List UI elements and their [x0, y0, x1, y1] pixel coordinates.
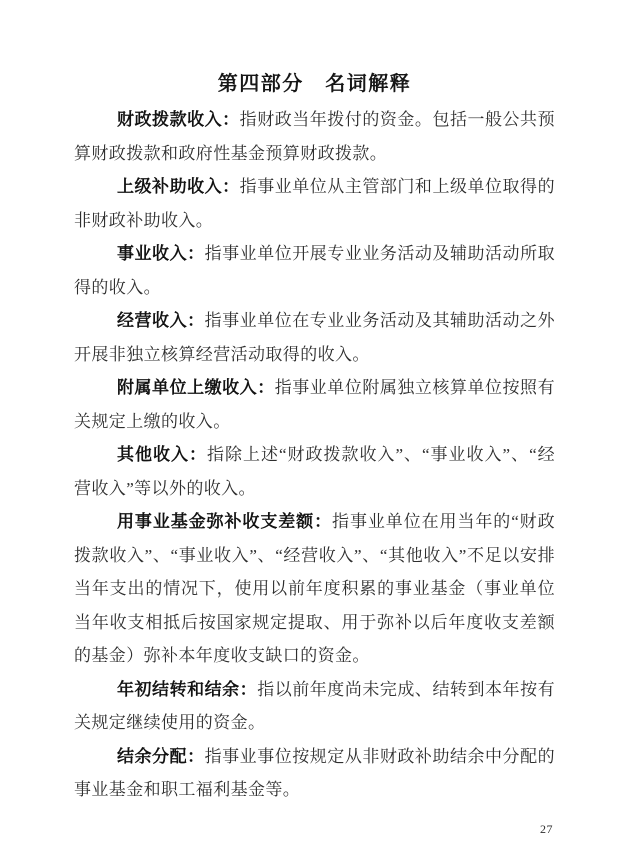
- term-definition: 指事业单位在用当年的“财政拨款收入”、“事业收入”、“经营收入”、“其他收入”不…: [74, 512, 555, 665]
- term-label: 附属单位上缴收入：: [117, 378, 275, 397]
- page-number: 27: [540, 822, 553, 837]
- definition-paragraph: 结余分配：指事业事位按规定从非财政补助结余中分配的事业基金和职工福利基金等。: [74, 740, 555, 807]
- term-label: 用事业基金弥补收支差额：: [117, 512, 332, 531]
- definition-paragraph: 用事业基金弥补收支差额：指事业单位在用当年的“财政拨款收入”、“事业收入”、“经…: [74, 505, 555, 673]
- term-label: 财政拨款收入：: [117, 110, 240, 129]
- term-label: 事业收入：: [117, 244, 205, 263]
- definition-paragraph: 年初结转和结余：指以前年度尚未完成、结转到本年按有关规定继续使用的资金。: [74, 673, 555, 740]
- document-page: 第四部分 名词解释 财政拨款收入：指财政当年拨付的资金。包括一般公共预算财政拨款…: [0, 0, 629, 859]
- definition-paragraph: 其他收入：指除上述“财政拨款收入”、“事业收入”、“经营收入”等以外的收入。: [74, 438, 555, 505]
- term-label: 经营收入：: [117, 311, 205, 330]
- term-label: 年初结转和结余：: [117, 680, 257, 699]
- definition-paragraph: 经营收入：指事业单位在专业业务活动及其辅助活动之外开展非独立核算经营活动取得的收…: [74, 304, 555, 371]
- definition-paragraph: 财政拨款收入：指财政当年拨付的资金。包括一般公共预算财政拨款和政府性基金预算财政…: [74, 103, 555, 170]
- document-body: 财政拨款收入：指财政当年拨付的资金。包括一般公共预算财政拨款和政府性基金预算财政…: [74, 103, 555, 807]
- term-label: 上级补助收入：: [117, 177, 240, 196]
- page-title: 第四部分 名词解释: [0, 70, 629, 98]
- definition-paragraph: 上级补助收入：指事业单位从主管部门和上级单位取得的非财政补助收入。: [74, 170, 555, 237]
- definition-paragraph: 附属单位上缴收入：指事业单位附属独立核算单位按照有关规定上缴的收入。: [74, 371, 555, 438]
- definition-paragraph: 事业收入：指事业单位开展专业业务活动及辅助活动所取得的收入。: [74, 237, 555, 304]
- term-label: 结余分配：: [117, 747, 205, 766]
- term-label: 其他收入：: [117, 445, 207, 464]
